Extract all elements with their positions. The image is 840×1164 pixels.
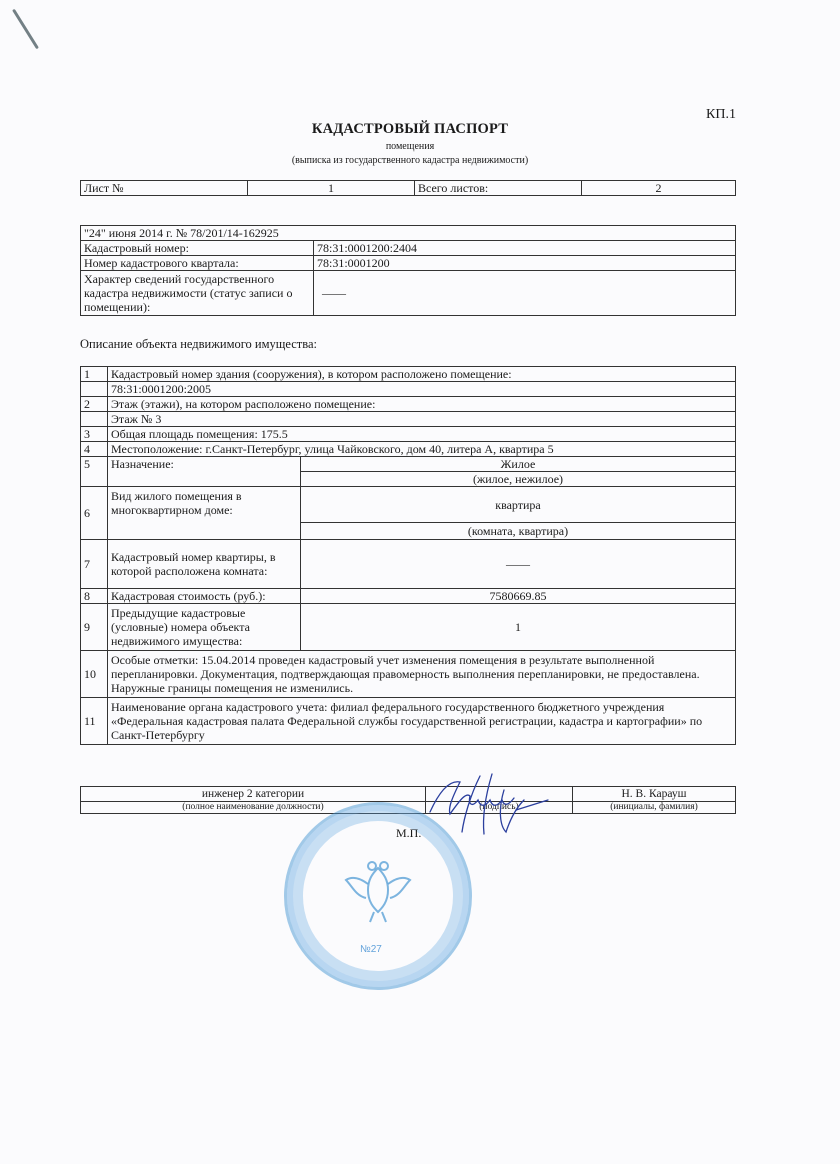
dwelling-type-hint: (комната, квартира) <box>301 523 736 540</box>
table-row: 11 Наименование органа кадастрового учет… <box>81 698 736 745</box>
row-number: 4 <box>81 442 108 457</box>
table-row: 6 Вид жилого помещения в многоквартирном… <box>81 487 736 523</box>
row-label: Вид жилого помещения в многоквартирном д… <box>108 487 301 540</box>
area-text: Общая площадь помещения: 175.5 <box>108 427 736 442</box>
row-label: Кадастровая стоимость (руб.): <box>108 589 301 604</box>
table-row: 1 Кадастровый номер здания (сооружения),… <box>81 367 736 382</box>
stamp-number: №27 <box>360 944 382 955</box>
row-number: 8 <box>81 589 108 604</box>
table-row: 7 Кадастровый номер квартиры, в которой … <box>81 540 736 589</box>
table-row: 5 Назначение: Жилое <box>81 457 736 472</box>
table-row: 9 Предыдущие кадастровые (условные) номе… <box>81 604 736 651</box>
row-label: Этаж (этажи), на котором расположено пом… <box>108 397 736 412</box>
row-number: 5 <box>81 457 108 487</box>
row-label: Назначение: <box>108 457 301 487</box>
staple-mark <box>12 9 39 50</box>
row-label: Кадастровый номер здания (сооружения), в… <box>108 367 736 382</box>
document-subtitle-extract: (выписка из государственного кадастра не… <box>0 155 820 166</box>
quarter-label: Номер кадастрового квартала: <box>81 256 314 271</box>
seal-label: М.П. <box>396 826 421 841</box>
row-number: 2 <box>81 397 108 412</box>
dwelling-type-value: квартира <box>301 487 736 523</box>
row-number: 3 <box>81 427 108 442</box>
date-number: "24" июня 2014 г. № 78/201/14-162925 <box>81 226 736 241</box>
status-value: —— <box>314 271 736 316</box>
cadastral-number-value: 78:31:0001200:2404 <box>314 241 736 256</box>
row-number: 6 <box>81 487 108 540</box>
status-label: Характер сведений государственного кадас… <box>81 271 314 316</box>
table-row: 3 Общая площадь помещения: 175.5 <box>81 427 736 442</box>
row-label: Кадастровый номер квартиры, в которой ра… <box>108 540 301 589</box>
sheet-value: 1 <box>248 181 415 196</box>
description-table: 1 Кадастровый номер здания (сооружения),… <box>80 366 736 745</box>
handwritten-signature-icon <box>420 770 550 840</box>
sheet-label: Лист № <box>81 181 248 196</box>
official-name: Н. В. Карауш <box>573 787 736 802</box>
table-row: 8 Кадастровая стоимость (руб.): 7580669.… <box>81 589 736 604</box>
location-text: Местоположение: г.Санкт-Петербург, улица… <box>108 442 736 457</box>
table-row: 10 Особые отметки: 15.04.2014 проведен к… <box>81 651 736 698</box>
sheet-info-table: Лист № 1 Всего листов: 2 <box>80 180 736 196</box>
table-row: Этаж № 3 <box>81 412 736 427</box>
cadastral-value: 7580669.85 <box>301 589 736 604</box>
row-number: 9 <box>81 604 108 651</box>
table-row: 4 Местоположение: г.Санкт-Петербург, ули… <box>81 442 736 457</box>
document-title: КАДАСТРОВЫЙ ПАСПОРТ <box>0 121 820 138</box>
previous-numbers-value: 1 <box>301 604 736 651</box>
special-notes: Особые отметки: 15.04.2014 проведен када… <box>108 651 736 698</box>
document-subtitle: помещения <box>0 141 820 152</box>
coat-of-arms-icon <box>338 850 418 930</box>
row-number: 1 <box>81 367 108 382</box>
total-sheets-label: Всего листов: <box>415 181 582 196</box>
meta-table: "24" июня 2014 г. № 78/201/14-162925 Кад… <box>80 225 736 316</box>
row-label: Предыдущие кадастровые (условные) номера… <box>108 604 301 651</box>
row-number: 7 <box>81 540 108 589</box>
apartment-cadastral-value: —— <box>301 540 736 589</box>
description-label: Описание объекта недвижимого имущества: <box>80 337 317 352</box>
table-row: 78:31:0001200:2005 <box>81 382 736 397</box>
name-hint: (инициалы, фамилия) <box>573 802 736 814</box>
registration-authority: Наименование органа кадастрового учета: … <box>108 698 736 745</box>
building-cadastral-number: 78:31:0001200:2005 <box>108 382 736 397</box>
cadastral-number-label: Кадастровый номер: <box>81 241 314 256</box>
row-number: 10 <box>81 651 108 698</box>
table-row: 2 Этаж (этажи), на котором расположено п… <box>81 397 736 412</box>
row-number: 11 <box>81 698 108 745</box>
floor-value: Этаж № 3 <box>108 412 736 427</box>
total-sheets-value: 2 <box>582 181 736 196</box>
document-page: КП.1 КАДАСТРОВЫЙ ПАСПОРТ помещения (выпи… <box>0 0 840 1164</box>
quarter-value: 78:31:0001200 <box>314 256 736 271</box>
purpose-hint: (жилое, нежилое) <box>301 472 736 487</box>
purpose-value: Жилое <box>301 457 736 472</box>
official-position: инженер 2 категории <box>81 787 426 802</box>
